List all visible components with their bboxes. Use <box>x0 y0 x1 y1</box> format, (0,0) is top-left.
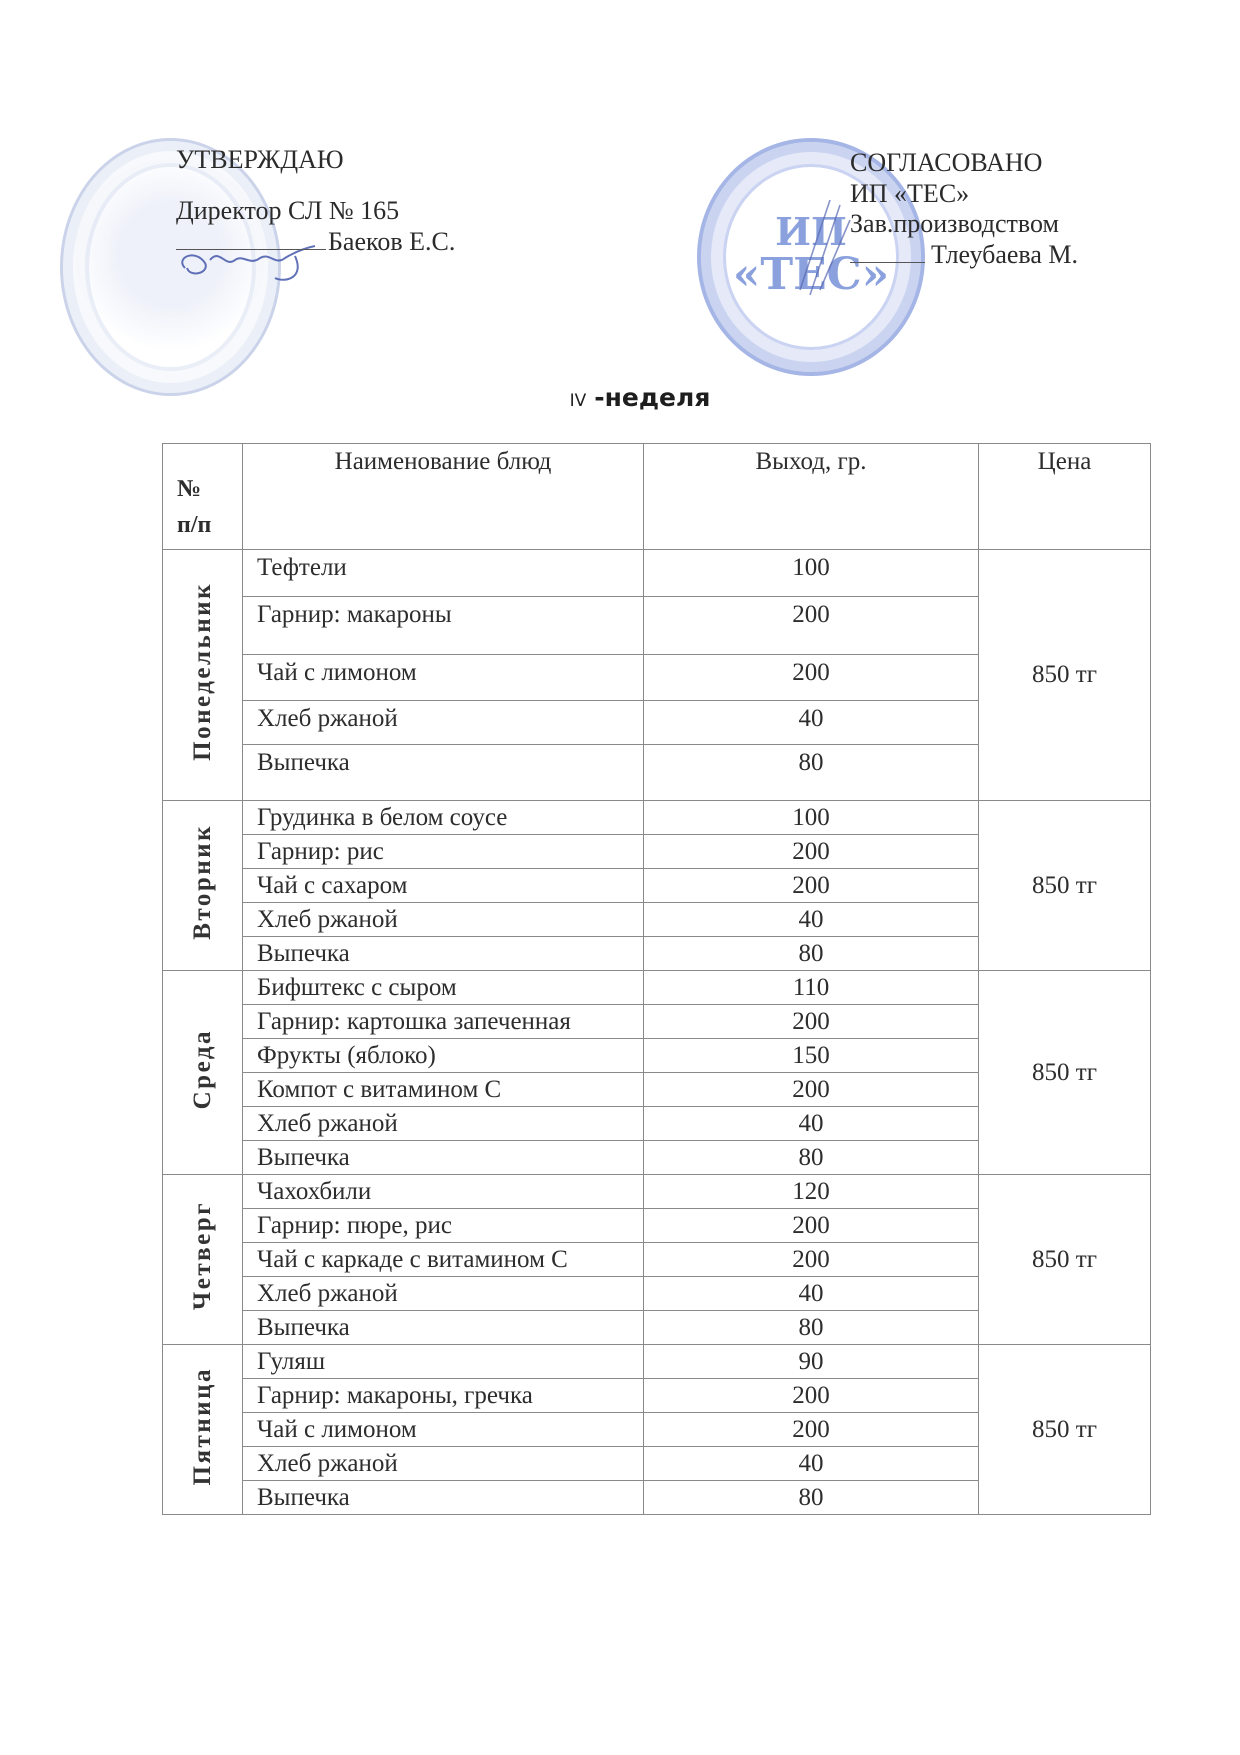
dish-yield: 80 <box>644 1481 979 1515</box>
approval-position: Директор СЛ № 165 <box>176 195 455 226</box>
table-row: ВторникГрудинка в белом соусе100850 тг <box>163 801 1151 835</box>
day-label: Среда <box>189 1029 217 1109</box>
dish-name: Чай с лимоном <box>243 655 644 701</box>
table-row: СредаБифштекс с сыром110850 тг <box>163 971 1151 1005</box>
dish-yield: 200 <box>644 1243 979 1277</box>
dish-yield: 40 <box>644 1107 979 1141</box>
dish-name: Гарнир: рис <box>243 835 644 869</box>
day-cell: Пятница <box>163 1345 243 1515</box>
dish-yield: 80 <box>644 745 979 801</box>
header-dish: Наименование блюд <box>243 444 644 550</box>
dish-yield: 100 <box>644 801 979 835</box>
table-row: ПонедельникТефтели100850 тг <box>163 550 1151 597</box>
dish-name: Хлеб ржаной <box>243 1277 644 1311</box>
dish-yield: 200 <box>644 1005 979 1039</box>
signature-line <box>176 249 326 250</box>
menu-table: № п/п Наименование блюд Выход, гр. Цена … <box>162 443 1151 1515</box>
header-price: Цена <box>979 444 1151 550</box>
day-price: 850 тг <box>979 801 1151 971</box>
day-cell: Четверг <box>163 1175 243 1345</box>
menu-body: ПонедельникТефтели100850 тгГарнир: макар… <box>163 550 1151 1515</box>
dish-name: Тефтели <box>243 550 644 597</box>
day-price: 850 тг <box>979 971 1151 1175</box>
dish-yield: 80 <box>644 1311 979 1345</box>
dish-name: Выпечка <box>243 1141 644 1175</box>
dish-yield: 150 <box>644 1039 979 1073</box>
dish-name: Грудинка в белом соусе <box>243 801 644 835</box>
dish-name: Чай с лимоном <box>243 1413 644 1447</box>
dish-yield: 200 <box>644 597 979 655</box>
dish-name: Хлеб ржаной <box>243 1107 644 1141</box>
day-price: 850 тг <box>979 1175 1151 1345</box>
dish-name: Гарнир: картошка запеченная <box>243 1005 644 1039</box>
agreement-block: СОГЛАСОВАНО ИП «ТЕС» Зав.производством Т… <box>850 148 1078 271</box>
dish-yield: 200 <box>644 655 979 701</box>
day-cell: Вторник <box>163 801 243 971</box>
day-label: Пятница <box>189 1367 217 1485</box>
header-number: № п/п <box>163 444 243 550</box>
dish-yield: 40 <box>644 1447 979 1481</box>
dish-name: Выпечка <box>243 1481 644 1515</box>
dish-name: Чай с каркаде с витамином С <box>243 1243 644 1277</box>
dish-name: Чай с сахаром <box>243 869 644 903</box>
dish-yield: 80 <box>644 937 979 971</box>
manager-signature-icon <box>770 190 860 300</box>
dish-name: Гарнир: макароны, гречка <box>243 1379 644 1413</box>
dish-yield: 200 <box>644 835 979 869</box>
table-header-row: № п/п Наименование блюд Выход, гр. Цена <box>163 444 1151 550</box>
day-label: Понедельник <box>189 582 217 761</box>
dish-name: Гуляш <box>243 1345 644 1379</box>
approval-block: УТВЕРЖДАЮ Директор СЛ № 165 Баеков Е.С. <box>176 144 455 258</box>
dish-yield: 40 <box>644 903 979 937</box>
dish-name: Хлеб ржаной <box>243 903 644 937</box>
dish-yield: 120 <box>644 1175 979 1209</box>
header-yield: Выход, гр. <box>644 444 979 550</box>
dish-name: Хлеб ржаной <box>243 1447 644 1481</box>
week-label: -неделя <box>594 383 710 412</box>
day-label: Вторник <box>189 824 217 940</box>
table-row: ПятницаГуляш90850 тг <box>163 1345 1151 1379</box>
week-number: IV <box>570 391 587 411</box>
table-row: ЧетвергЧахохбили120850 тг <box>163 1175 1151 1209</box>
dish-yield: 200 <box>644 1379 979 1413</box>
dish-yield: 40 <box>644 701 979 745</box>
day-price: 850 тг <box>979 1345 1151 1515</box>
dish-name: Выпечка <box>243 937 644 971</box>
dish-name: Выпечка <box>243 745 644 801</box>
day-cell: Среда <box>163 971 243 1175</box>
dish-yield: 200 <box>644 1413 979 1447</box>
signature-line <box>850 262 925 263</box>
dish-yield: 80 <box>644 1141 979 1175</box>
agreement-name: Тлеубаева М. <box>931 240 1078 269</box>
dish-name: Выпечка <box>243 1311 644 1345</box>
dish-name: Хлеб ржаной <box>243 701 644 745</box>
dish-name: Компот с витамином С <box>243 1073 644 1107</box>
agreement-organization: ИП «ТЕС» <box>850 179 1078 210</box>
week-title: IV-неделя <box>0 383 1240 412</box>
dish-yield: 200 <box>644 1073 979 1107</box>
agreement-title: СОГЛАСОВАНО <box>850 148 1078 179</box>
dish-yield: 100 <box>644 550 979 597</box>
dish-yield: 40 <box>644 1277 979 1311</box>
dish-name: Бифштекс с сыром <box>243 971 644 1005</box>
dish-yield: 90 <box>644 1345 979 1379</box>
dish-yield: 200 <box>644 869 979 903</box>
dish-yield: 110 <box>644 971 979 1005</box>
dish-name: Гарнир: макароны <box>243 597 644 655</box>
dish-yield: 200 <box>644 1209 979 1243</box>
dish-name: Гарнир: пюре, рис <box>243 1209 644 1243</box>
agreement-position: Зав.производством <box>850 209 1078 240</box>
approval-title: УТВЕРЖДАЮ <box>176 144 455 175</box>
approval-name: Баеков Е.С. <box>328 227 455 256</box>
day-label: Четверг <box>189 1201 217 1310</box>
dish-name: Чахохбили <box>243 1175 644 1209</box>
day-price: 850 тг <box>979 550 1151 801</box>
day-cell: Понедельник <box>163 550 243 801</box>
dish-name: Фрукты (яблоко) <box>243 1039 644 1073</box>
